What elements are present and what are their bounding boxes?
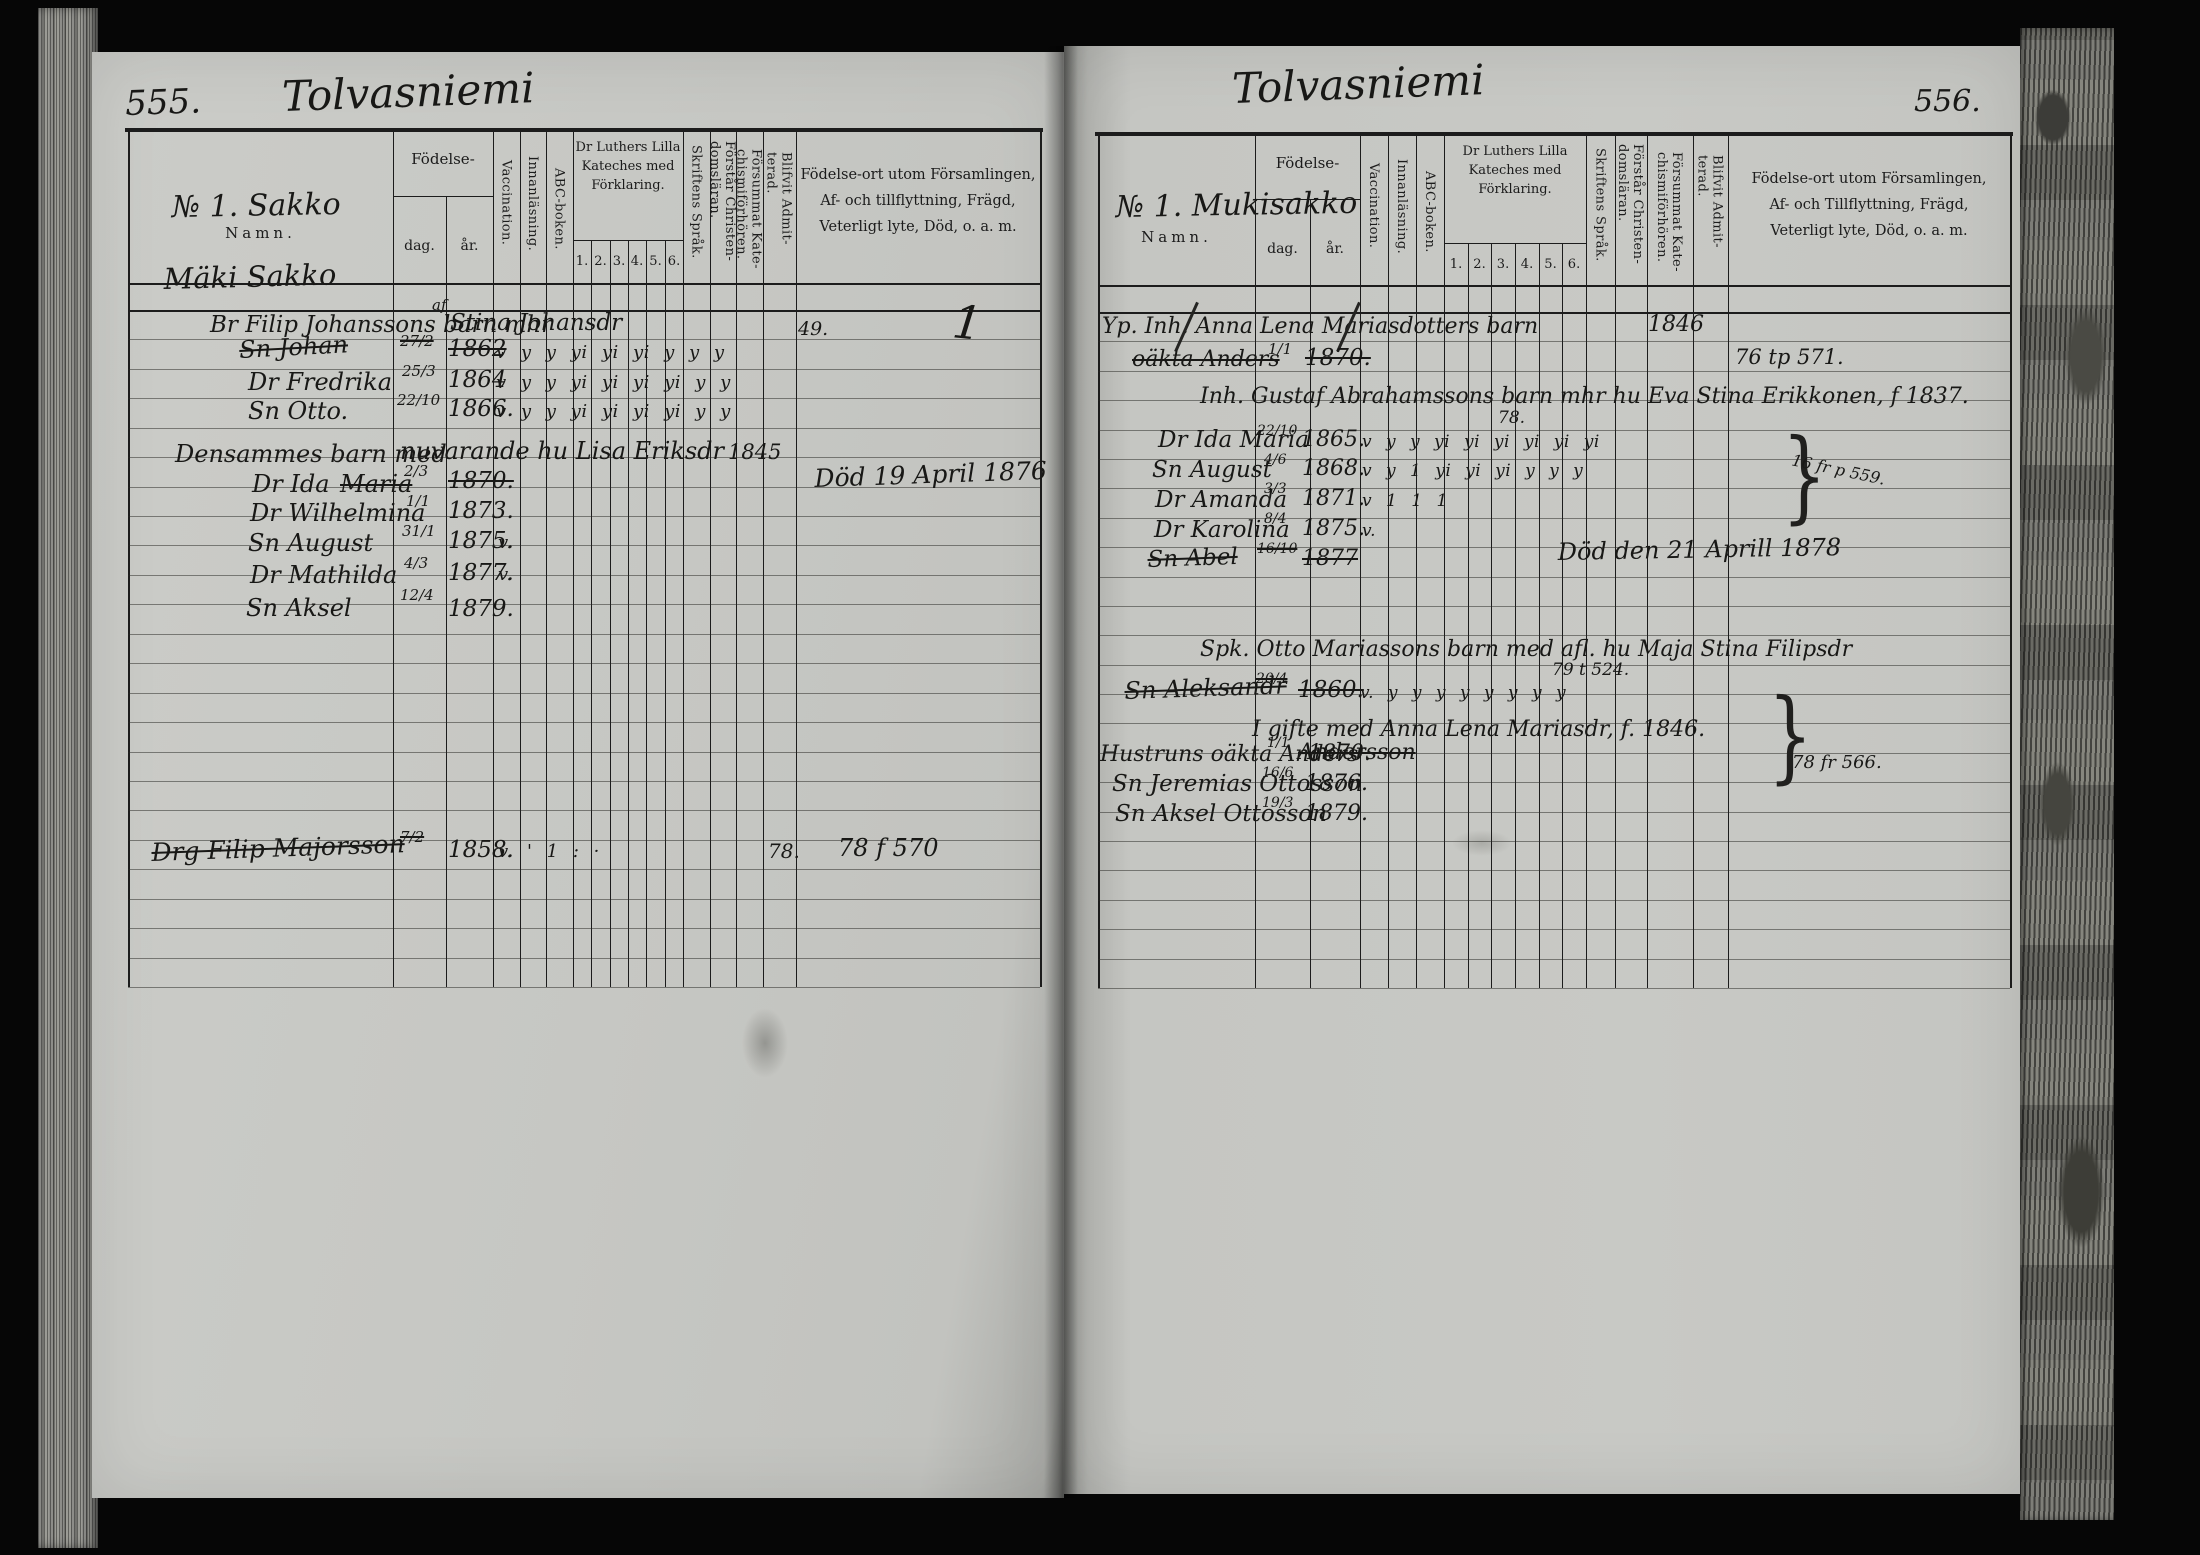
- table-grid-line: [1040, 128, 1042, 987]
- handwritten-entry: 1876.: [1305, 771, 1368, 796]
- table-grid-line: [1255, 132, 1256, 988]
- column-header-fodelse: Födelse-: [1255, 154, 1360, 172]
- column-header-dag: dag.: [1255, 241, 1310, 257]
- page-title-left: Tolvasniemi: [281, 63, 535, 121]
- handwritten-entry: 4/6: [1264, 452, 1287, 468]
- handwritten-entry: 78 f 570: [838, 834, 939, 862]
- handwritten-entry: 22/10: [1257, 423, 1297, 439]
- handwritten-entry: 1860.: [1298, 677, 1364, 703]
- brace-mark: }: [1782, 426, 1827, 526]
- column-header-remarks: Födelse-ort utom Församlingen, Af- och t…: [796, 162, 1040, 240]
- column-header-forsummat-katechismiforhoren: Försummat Kate- chismiförhören.: [734, 149, 764, 269]
- table-row-line: [1098, 870, 2010, 871]
- column-header-kateches-6: 6.: [1562, 257, 1586, 272]
- table-grid-line: [1539, 243, 1540, 988]
- handwritten-entry: Sn Aksel Ottosson: [1115, 801, 1327, 827]
- handwritten-entry: 1/1: [1267, 735, 1290, 751]
- handwritten-entry: 22/10: [397, 391, 440, 409]
- handwritten-entry: 1879.: [1305, 801, 1368, 826]
- handwritten-entry: v y y yi yi yi yi yi yi: [1362, 432, 1600, 452]
- table-grid-line: [1515, 243, 1516, 988]
- column-header-dag: dag.: [393, 238, 446, 254]
- book-gutter-shadow: [1044, 46, 1078, 1498]
- table-row-line: [128, 428, 1040, 429]
- handwritten-entry: I gifte med Anna Lena Mariasdr, f. 1846.: [1252, 717, 1705, 742]
- table-top-rule: [1095, 132, 2013, 136]
- handwritten-entry: 1871.: [1302, 486, 1365, 511]
- table-row-line: [128, 899, 1040, 900]
- handwritten-entry: Död den 21 Aprill 1878: [1558, 533, 1842, 566]
- column-header-kateches: Dr Luthers Lilla Kateches med Förklaring…: [573, 138, 683, 195]
- household-heading: № 1. Sakko: [171, 187, 341, 225]
- table-row-line: [1098, 577, 2010, 578]
- handwritten-entry: Stina Johansdr: [450, 310, 622, 336]
- column-header-kateches-4: 4.: [628, 254, 646, 269]
- handwritten-entry: af: [432, 296, 447, 314]
- handwritten-entry: v.: [498, 564, 513, 585]
- column-header-blifvit-admitterad: Blifvit Admit- terad.: [1695, 155, 1725, 248]
- handwritten-entry: 12/4: [400, 586, 434, 604]
- handwritten-entry: Dr Fredrika: [248, 368, 392, 396]
- handwritten-entry: Yp. Inh. Anna Lena Mariasdotters barn: [1102, 314, 1538, 339]
- handwritten-entry: 16/6: [1262, 765, 1293, 781]
- handwritten-entry: 1865.: [1302, 427, 1365, 452]
- column-header-kateches: Dr Luthers Lilla Kateches med Förklaring…: [1444, 142, 1586, 199]
- handwritten-entry: Sn Johan: [239, 330, 349, 364]
- handwritten-entry: v.: [498, 532, 513, 553]
- table-grid-line: [1388, 132, 1389, 988]
- column-header-kateches-3: 3.: [610, 254, 628, 269]
- table-row-line: [128, 722, 1040, 723]
- handwritten-entry: 76 tp 571.: [1735, 345, 1844, 369]
- table-row-line: [128, 634, 1040, 635]
- table-row-line: [1098, 929, 2010, 930]
- handwritten-entry: Sn Otto.: [248, 397, 348, 425]
- column-header-namn: Namn.: [1098, 228, 1255, 246]
- handwritten-entry: 1870.: [448, 468, 514, 494]
- table-row-line: [128, 752, 1040, 753]
- handwritten-entry: 49.: [798, 318, 828, 340]
- handwritten-entry: Spk. Otto Mariassons barn med afl. hu Ma…: [1200, 637, 1852, 662]
- column-header-ar: år.: [1310, 241, 1360, 257]
- column-header-kateches-5: 5.: [1539, 257, 1562, 272]
- table-grid-line: [1491, 243, 1492, 988]
- handwritten-entry: v y y yi yi yi yi y y: [496, 372, 731, 393]
- column-header-kateches-1: 1.: [1444, 257, 1468, 272]
- column-header-remarks: Födelse-ort utom Församlingen, Af- och T…: [1728, 166, 2010, 244]
- table-row-line: [128, 693, 1040, 694]
- table-row-line: [128, 781, 1040, 782]
- table-row-line: [128, 663, 1040, 664]
- handwritten-entry: 3/3: [1264, 481, 1287, 497]
- column-header-ar: år.: [446, 238, 493, 254]
- table-row-line: [128, 928, 1040, 929]
- handwritten-entry: 1879.: [448, 596, 514, 622]
- table-grid-line: [1444, 243, 1586, 244]
- household-heading: № 1. Mukisakko: [1115, 186, 1357, 225]
- table-grid-line: [1360, 132, 1361, 988]
- handwritten-entry: 16/10: [1257, 541, 1297, 557]
- handwritten-entry: 31/1: [402, 522, 436, 540]
- handwritten-entry: 1/1: [1268, 340, 1292, 358]
- page-title-right: Tolvasniemi: [1231, 55, 1485, 113]
- column-header-abc-boken: ABC-boken.: [552, 168, 567, 250]
- column-header-abc-boken: ABC-boken.: [1422, 171, 1437, 253]
- handwritten-entry: 19/3: [1262, 795, 1293, 811]
- table-grid-line: [2010, 132, 2012, 988]
- handwritten-entry: 1870.: [1308, 741, 1371, 766]
- handwritten-entry: 1: [950, 294, 985, 351]
- paper-smudge: [1452, 830, 1512, 856]
- table-grid-line: [573, 240, 683, 241]
- handwritten-entry: 27/2: [400, 332, 434, 350]
- table-grid-line: [1098, 285, 2010, 287]
- column-header-innanlasning: Innanläsning.: [1394, 159, 1409, 254]
- column-header-forstar-christendomslaran: Förstår Christen- domsläran.: [707, 141, 737, 261]
- table-grid-line: [1468, 243, 1469, 988]
- table-grid-line: [683, 128, 684, 987]
- column-header-skriftens-sprak: Skriftens Språk.: [689, 145, 704, 259]
- column-header-vaccination: Vaccination.: [499, 160, 514, 245]
- handwritten-entry: Dr Wilhelmina: [250, 499, 425, 527]
- table-row-line: [128, 810, 1040, 811]
- table-row-line: [128, 987, 1040, 988]
- column-header-skriftens-sprak: Skriftens Språk.: [1593, 148, 1608, 262]
- table-row-line: [1098, 841, 2010, 842]
- book-scan: 555. Tolvasniemi Tolvasniemi 556. Namn.F…: [0, 0, 2200, 1555]
- handwritten-entry: 1846: [1648, 312, 1704, 337]
- book-page-edges-left: [38, 8, 98, 1548]
- handwritten-entry: 1875.: [1302, 516, 1365, 541]
- handwritten-entry: 1845: [728, 440, 781, 464]
- handwritten-entry: 2/3: [404, 462, 428, 480]
- paper-smudge: [742, 1008, 788, 1078]
- page-number-left: 555.: [125, 81, 202, 124]
- handwritten-entry: Sn Abel: [1147, 544, 1238, 573]
- handwritten-entry: 4/3: [404, 554, 428, 572]
- table-row-line: [1098, 341, 2010, 342]
- column-header-vaccination: Vaccination.: [1366, 163, 1381, 248]
- handwritten-entry: 78.: [768, 839, 800, 863]
- page-number-right: 556.: [1914, 84, 1981, 119]
- book-page-edges-right: [2020, 28, 2114, 1520]
- handwritten-entry: 1873.: [448, 498, 514, 524]
- table-row-line: [1098, 900, 2010, 901]
- handwritten-entry: Sn August: [1152, 457, 1272, 483]
- column-header-kateches-2: 2.: [591, 254, 610, 269]
- table-grid-line: [1562, 243, 1563, 988]
- handwritten-entry: 1868.: [1302, 456, 1365, 481]
- handwritten-entry: 78.: [1498, 408, 1525, 428]
- table-row-line: [1098, 606, 2010, 607]
- column-header-kateches-3: 3.: [1491, 257, 1515, 272]
- handwritten-entry: v y y yi yi yi yi y y: [496, 401, 731, 422]
- column-header-kateches-2: 2.: [1468, 257, 1491, 272]
- household-subheading: Mäki Sakko: [163, 257, 337, 296]
- handwritten-entry: v y y yi yi yi y y y: [496, 342, 725, 363]
- table-row-line: [128, 869, 1040, 870]
- handwritten-entry: nuvarande hu Lisa Eriksdr: [400, 437, 724, 465]
- column-header-forsummat-katechismiforhoren: Försummat Kate- chismiförhören.: [1654, 152, 1684, 272]
- table-grid-line: [393, 196, 493, 197]
- handwritten-entry: v y 1 yi yi yi y y y: [1362, 461, 1583, 481]
- table-row-line: [1098, 959, 2010, 960]
- table-grid-line: [1416, 132, 1417, 988]
- column-header-kateches-5: 5.: [646, 254, 665, 269]
- handwritten-entry: Inh. Gustaf Abrahamssons barn mhr hu Eva…: [1200, 384, 1969, 409]
- column-header-kateches-4: 4.: [1515, 257, 1539, 272]
- handwritten-entry: 79 t 524.: [1552, 660, 1629, 680]
- handwritten-entry: Dr Mathilda: [250, 561, 397, 589]
- handwritten-entry: 8/4: [1264, 511, 1287, 527]
- table-row-line: [128, 958, 1040, 959]
- handwritten-entry: 7/2: [400, 828, 424, 846]
- handwritten-entry: v. y y y y y y y y: [1360, 683, 1566, 703]
- handwritten-entry: 1870.: [1305, 345, 1371, 371]
- handwritten-entry: 20/4: [1256, 671, 1287, 687]
- handwritten-entry: Dr Ida: [252, 470, 330, 498]
- handwritten-entry: v 1 1 1: [1362, 491, 1448, 511]
- column-header-namn: Namn.: [128, 224, 393, 242]
- column-header-innanlasning: Innanläsning.: [525, 156, 540, 251]
- handwritten-entry: 1877: [1302, 546, 1358, 571]
- handwritten-entry: v.: [1362, 521, 1376, 541]
- handwritten-entry: oäkta Anders: [1132, 347, 1280, 372]
- table-grid-line: [1098, 132, 1100, 988]
- table-grid-line: [128, 128, 130, 987]
- handwritten-entry: 25/3: [402, 362, 436, 380]
- handwritten-entry: Sn Aksel: [246, 594, 352, 622]
- handwritten-entry: 1/1: [406, 492, 430, 510]
- handwritten-entry: 78 fr 566.: [1792, 752, 1882, 773]
- table-row-line: [1098, 988, 2010, 989]
- column-header-blifvit-admitterad: Blifvit Admit- terad.: [764, 152, 794, 245]
- handwritten-entry: Maria: [340, 470, 412, 498]
- column-header-forstar-christendomslaran: Förstår Christen- domsläran.: [1615, 144, 1645, 264]
- column-header-kateches-6: 6.: [665, 254, 683, 269]
- handwritten-entry: v. ' 1 : ·: [498, 841, 600, 862]
- column-header-kateches-1: 1.: [573, 254, 591, 269]
- handwritten-entry: Sn August: [248, 529, 373, 557]
- column-header-fodelse: Födelse-: [393, 150, 493, 168]
- table-top-rule: [125, 128, 1043, 132]
